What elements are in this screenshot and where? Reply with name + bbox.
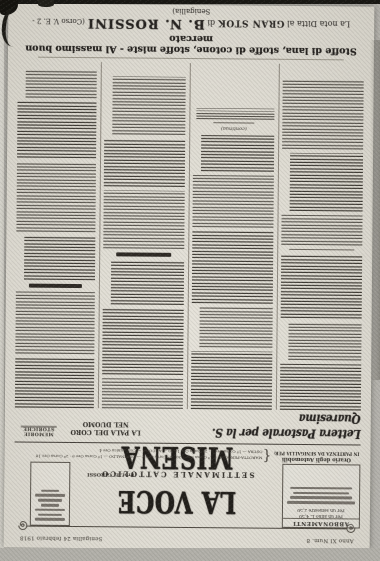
column-rule (187, 63, 191, 409)
column-section-header-rule (21, 425, 57, 428)
illegible-paragraph (24, 236, 95, 281)
director-credit: Prof. E. GIROSSI (87, 471, 134, 477)
ad-text: La nota Ditta al (284, 19, 350, 29)
schedule-times-line: MAROTTA-PERGOLA — 1ª Corsa Ore 7,30 · 2ª… (18, 454, 262, 461)
illegible-paragraph (112, 76, 185, 135)
scan-backdrop-bottom (0, 548, 380, 561)
illegible-text-line (293, 492, 349, 495)
ad-headline: Stoffe di lana, stoffe di cotone, stoffe… (16, 31, 366, 56)
illegible-paragraph (111, 260, 184, 305)
illegible-text-line (287, 501, 355, 504)
illegible-text-line (35, 494, 65, 497)
abbonamenti-line: Per un semestre 2,50 (283, 506, 359, 513)
illegible-paragraph (102, 308, 184, 375)
article-separator (289, 249, 354, 251)
illegible-text-line (290, 496, 352, 499)
illegible-paragraph (281, 254, 363, 319)
illegible-text-line (290, 487, 352, 490)
illegible-text-line (35, 509, 65, 512)
body-column-3 (102, 62, 186, 409)
illegible-text-line (38, 499, 62, 502)
illegible-paragraph (191, 351, 273, 410)
illegible-paragraph (104, 138, 185, 187)
ad-brand: GRAN STOK (218, 17, 285, 28)
body-column-1 (280, 64, 364, 411)
body-column-2: (continua) (191, 63, 275, 410)
film-dot-mark (38, 0, 54, 7)
illegible-paragraph (282, 79, 364, 150)
ad-text: di (205, 18, 218, 27)
illegible-paragraph (15, 291, 95, 354)
illegible-text-line (35, 518, 65, 521)
abbonamenti-box: ABBONAMENTI Per un anno L. 4,50 Per un s… (282, 464, 361, 529)
headline-main: Lettera Pastorale per la S. Quaresima (149, 409, 361, 441)
illegible-paragraph (192, 175, 273, 228)
scan-shadow-right (370, 40, 380, 380)
footnote-rule (213, 122, 254, 123)
issue-date: Senigallia 24 febbraio 1918 (20, 535, 103, 542)
body-column-4 (15, 61, 97, 408)
illegible-text-line (41, 489, 59, 492)
illegible-paragraph (201, 135, 274, 172)
film-edge-strip (0, 0, 380, 4)
illegible-paragraph (16, 161, 96, 232)
schedule-header: Orario degli Automobili IN PARTENZA DA S… (272, 451, 360, 463)
issue-number: Anno XI Num. 8 (306, 537, 353, 543)
column-rule (98, 62, 102, 408)
illegible-text-line (38, 513, 62, 516)
continua-note: (continua) (193, 125, 274, 132)
illegible-paragraph (25, 70, 96, 99)
schedule-subtitle: IN PARTENZA DA SENIGALLIA PER: (272, 451, 360, 457)
ad-rule (38, 57, 344, 60)
illegible-paragraph (280, 364, 361, 411)
illegible-paragraph (103, 190, 185, 249)
illegible-paragraph (199, 307, 272, 348)
schedule-brace: { (262, 448, 271, 464)
illegible-paragraph (290, 153, 363, 212)
illegible-paragraph (192, 231, 274, 304)
illegible-text-line (41, 504, 59, 507)
illegible-paragraph (17, 101, 96, 158)
ad-line-firm: La nota Ditta al GRAN STOK di B. N. ROSS… (16, 5, 366, 32)
illegible-subhead (116, 252, 171, 256)
spiral-ornament-icon (18, 521, 28, 531)
illegible-paragraph (288, 322, 361, 361)
newspaper-page: Anno XI Num. 8 Senigallia 24 febbraio 19… (4, 3, 375, 550)
footnote-lines (197, 107, 275, 120)
abbonamenti-line: Per un anno L. 4,50 (283, 512, 359, 519)
scanned-newspaper-photo: Anno XI Num. 8 Senigallia 24 febbraio 19… (0, 0, 380, 561)
masthead-info-box (30, 462, 71, 526)
illegible-paragraph (15, 357, 94, 408)
illegible-subhead (29, 284, 83, 288)
headline-sub: LA PALA DEL CORO NEL DUOMO (65, 420, 147, 436)
illegible-paragraph (102, 378, 183, 409)
illegible-paragraph (281, 215, 362, 246)
ad-firm-name: B. N. ROSSINI (87, 15, 205, 31)
schedule-title: Orario degli Automobili (272, 456, 360, 463)
abbonamenti-header: ABBONAMENTI (283, 518, 359, 528)
ad-block: Stoffe di lana, stoffe di cotone, stoffe… (16, 0, 367, 57)
column-rule (276, 64, 280, 410)
